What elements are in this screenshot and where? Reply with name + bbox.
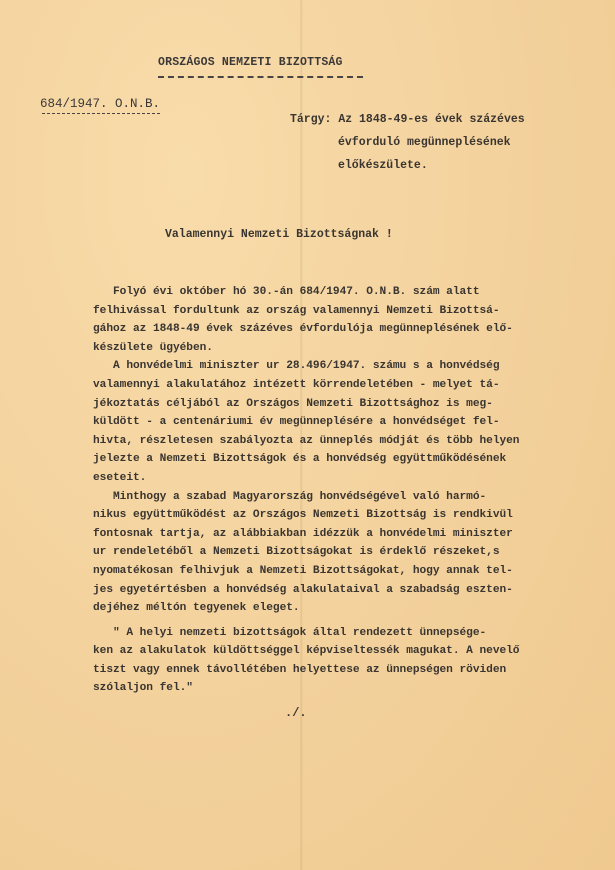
subject-line-1: Tárgy: Az 1848-49-es évek százéves	[290, 108, 570, 131]
document-page: ORSZÁGOS NEMZETI BIZOTTSÁG 684/1947. O.N…	[0, 0, 615, 870]
subject-line-2: évforduló megünneplésének	[290, 131, 570, 154]
subject-label: Tárgy:	[290, 113, 331, 126]
quoted-paragraph: " A helyi nemzeti bizottságok által rend…	[93, 624, 573, 698]
reference-number: 684/1947. O.N.B.	[40, 97, 160, 111]
subject-block: Tárgy: Az 1848-49-es évek százéves évfor…	[290, 108, 570, 177]
subject-line-3: előkészülete.	[290, 154, 570, 177]
paragraph-1: Folyó évi október hó 30.-án 684/1947. O.…	[93, 283, 573, 357]
continuation-mark: ./.	[285, 706, 307, 720]
letterhead: ORSZÁGOS NEMZETI BIZOTTSÁG	[158, 56, 343, 69]
reference-number-underline	[42, 113, 160, 114]
paragraph-2: A honvédelmi miniszter ur 28.496/1947. s…	[93, 357, 573, 487]
letter-body: Folyó évi október hó 30.-án 684/1947. O.…	[93, 283, 573, 698]
paragraph-3: Minthogy a szabad Magyarország honvédség…	[93, 488, 573, 618]
letterhead-underline	[158, 76, 363, 78]
salutation: Valamennyi Nemzeti Bizottságnak !	[165, 228, 393, 241]
